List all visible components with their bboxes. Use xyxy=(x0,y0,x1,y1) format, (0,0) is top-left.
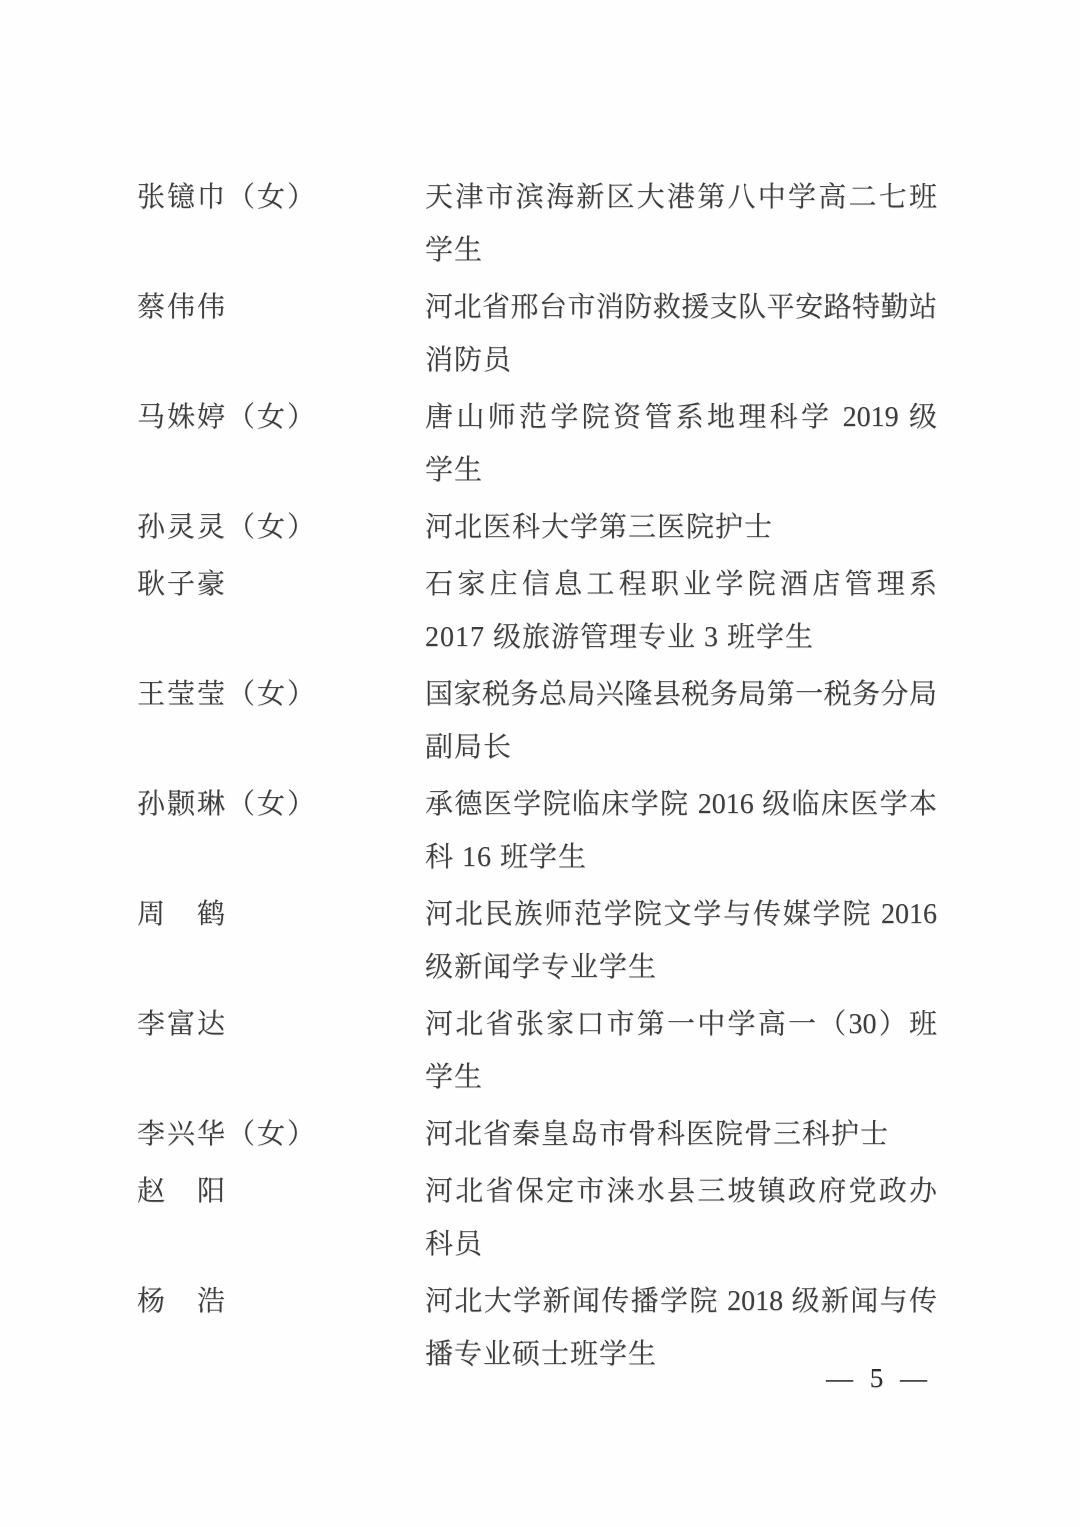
recipient-description: 石家庄信息工程职业学院酒店管理系2017 级旅游管理专业 3 班学生 xyxy=(425,558,937,664)
recipient-row: 孙灵灵（女） 河北医科大学第三医院护士 xyxy=(137,501,940,554)
recipient-row: 蔡伟伟 河北省邢台市消防救援支队平安路特勤站消防员 xyxy=(137,281,940,387)
description-line: 河北省张家口市第一中学高一（30）班 xyxy=(425,998,937,1051)
description-line: 唐山师范学院资管系地理科学 2019 级 xyxy=(425,391,937,444)
recipient-row: 周 鹤 河北民族师范学院文学与传媒学院 2016级新闻学专业学生 xyxy=(137,888,940,994)
description-line: 河北医科大学第三医院护士 xyxy=(425,501,937,554)
description-line: 承德医学院临床学院 2016 级临床医学本 xyxy=(425,778,937,831)
description-line: 副局长 xyxy=(425,721,937,774)
recipient-name: 马姝婷（女） xyxy=(137,391,425,444)
description-line: 消防员 xyxy=(425,334,937,387)
description-line: 学生 xyxy=(425,1051,937,1104)
recipient-name: 赵 阳 xyxy=(137,1165,425,1218)
recipient-description: 河北省秦皇岛市骨科医院骨三科护士 xyxy=(425,1108,937,1161)
recipient-description: 承德医学院临床学院 2016 级临床医学本科 16 班学生 xyxy=(425,778,937,884)
description-line: 河北大学新闻传播学院 2018 级新闻与传 xyxy=(425,1275,937,1328)
description-line: 国家税务总局兴隆县税务局第一税务分局 xyxy=(425,668,937,721)
recipient-name: 王莹莹（女） xyxy=(137,668,425,721)
description-line: 科员 xyxy=(425,1218,937,1271)
description-line: 石家庄信息工程职业学院酒店管理系 xyxy=(425,558,937,611)
description-line: 天津市滨海新区大港第八中学高二七班 xyxy=(425,171,937,224)
recipient-description: 天津市滨海新区大港第八中学高二七班学生 xyxy=(425,171,937,277)
recipient-name: 耿子豪 xyxy=(137,558,425,611)
recipient-name: 杨 浩 xyxy=(137,1275,425,1328)
description-line: 河北省邢台市消防救援支队平安路特勤站 xyxy=(425,281,937,334)
description-line: 河北省保定市涞水县三坡镇政府党政办 xyxy=(425,1165,937,1218)
description-line: 河北省秦皇岛市骨科医院骨三科护士 xyxy=(425,1108,937,1161)
recipient-name: 李兴华（女） xyxy=(137,1108,425,1161)
description-line: 科 16 班学生 xyxy=(425,831,937,884)
recipient-description: 河北省保定市涞水县三坡镇政府党政办科员 xyxy=(425,1165,937,1271)
recipient-row: 李兴华（女） 河北省秦皇岛市骨科医院骨三科护士 xyxy=(137,1108,940,1161)
recipient-row: 马姝婷（女） 唐山师范学院资管系地理科学 2019 级学生 xyxy=(137,391,940,497)
description-line: 级新闻学专业学生 xyxy=(425,941,937,994)
recipient-name: 孙灵灵（女） xyxy=(137,501,425,554)
recipient-description: 国家税务总局兴隆县税务局第一税务分局副局长 xyxy=(425,668,937,774)
description-line: 学生 xyxy=(425,224,937,277)
description-line: 河北民族师范学院文学与传媒学院 2016 xyxy=(425,888,937,941)
recipient-description: 唐山师范学院资管系地理科学 2019 级学生 xyxy=(425,391,937,497)
recipient-row: 张镱巾（女） 天津市滨海新区大港第八中学高二七班学生 xyxy=(137,171,940,277)
recipient-description: 河北省邢台市消防救援支队平安路特勤站消防员 xyxy=(425,281,937,387)
recipient-description: 河北医科大学第三医院护士 xyxy=(425,501,937,554)
recipient-name: 李富达 xyxy=(137,998,425,1051)
description-line: 学生 xyxy=(425,444,937,497)
description-line: 2017 级旅游管理专业 3 班学生 xyxy=(425,611,937,664)
recipient-row: 杨 浩 河北大学新闻传播学院 2018 级新闻与传播专业硕士班学生 xyxy=(137,1275,940,1381)
recipient-row: 王莹莹（女） 国家税务总局兴隆县税务局第一税务分局副局长 xyxy=(137,668,940,774)
recipient-row: 李富达 河北省张家口市第一中学高一（30）班学生 xyxy=(137,998,940,1104)
recipient-row: 孙颢琳（女） 承德医学院临床学院 2016 级临床医学本科 16 班学生 xyxy=(137,778,940,884)
recipient-description: 河北民族师范学院文学与传媒学院 2016级新闻学专业学生 xyxy=(425,888,937,994)
recipient-name: 张镱巾（女） xyxy=(137,171,425,224)
recipient-name: 孙颢琳（女） xyxy=(137,778,425,831)
document-page: 张镱巾（女） 天津市滨海新区大港第八中学高二七班学生 蔡伟伟 河北省邢台市消防救… xyxy=(0,0,1080,1527)
recipients-list: 张镱巾（女） 天津市滨海新区大港第八中学高二七班学生 蔡伟伟 河北省邢台市消防救… xyxy=(137,171,940,1385)
recipient-name: 周 鹤 xyxy=(137,888,425,941)
recipient-row: 赵 阳 河北省保定市涞水县三坡镇政府党政办科员 xyxy=(137,1165,940,1271)
recipient-name: 蔡伟伟 xyxy=(137,281,425,334)
recipient-row: 耿子豪 石家庄信息工程职业学院酒店管理系2017 级旅游管理专业 3 班学生 xyxy=(137,558,940,664)
recipient-description: 河北省张家口市第一中学高一（30）班学生 xyxy=(425,998,937,1104)
page-number: — 5 — xyxy=(826,1363,932,1394)
